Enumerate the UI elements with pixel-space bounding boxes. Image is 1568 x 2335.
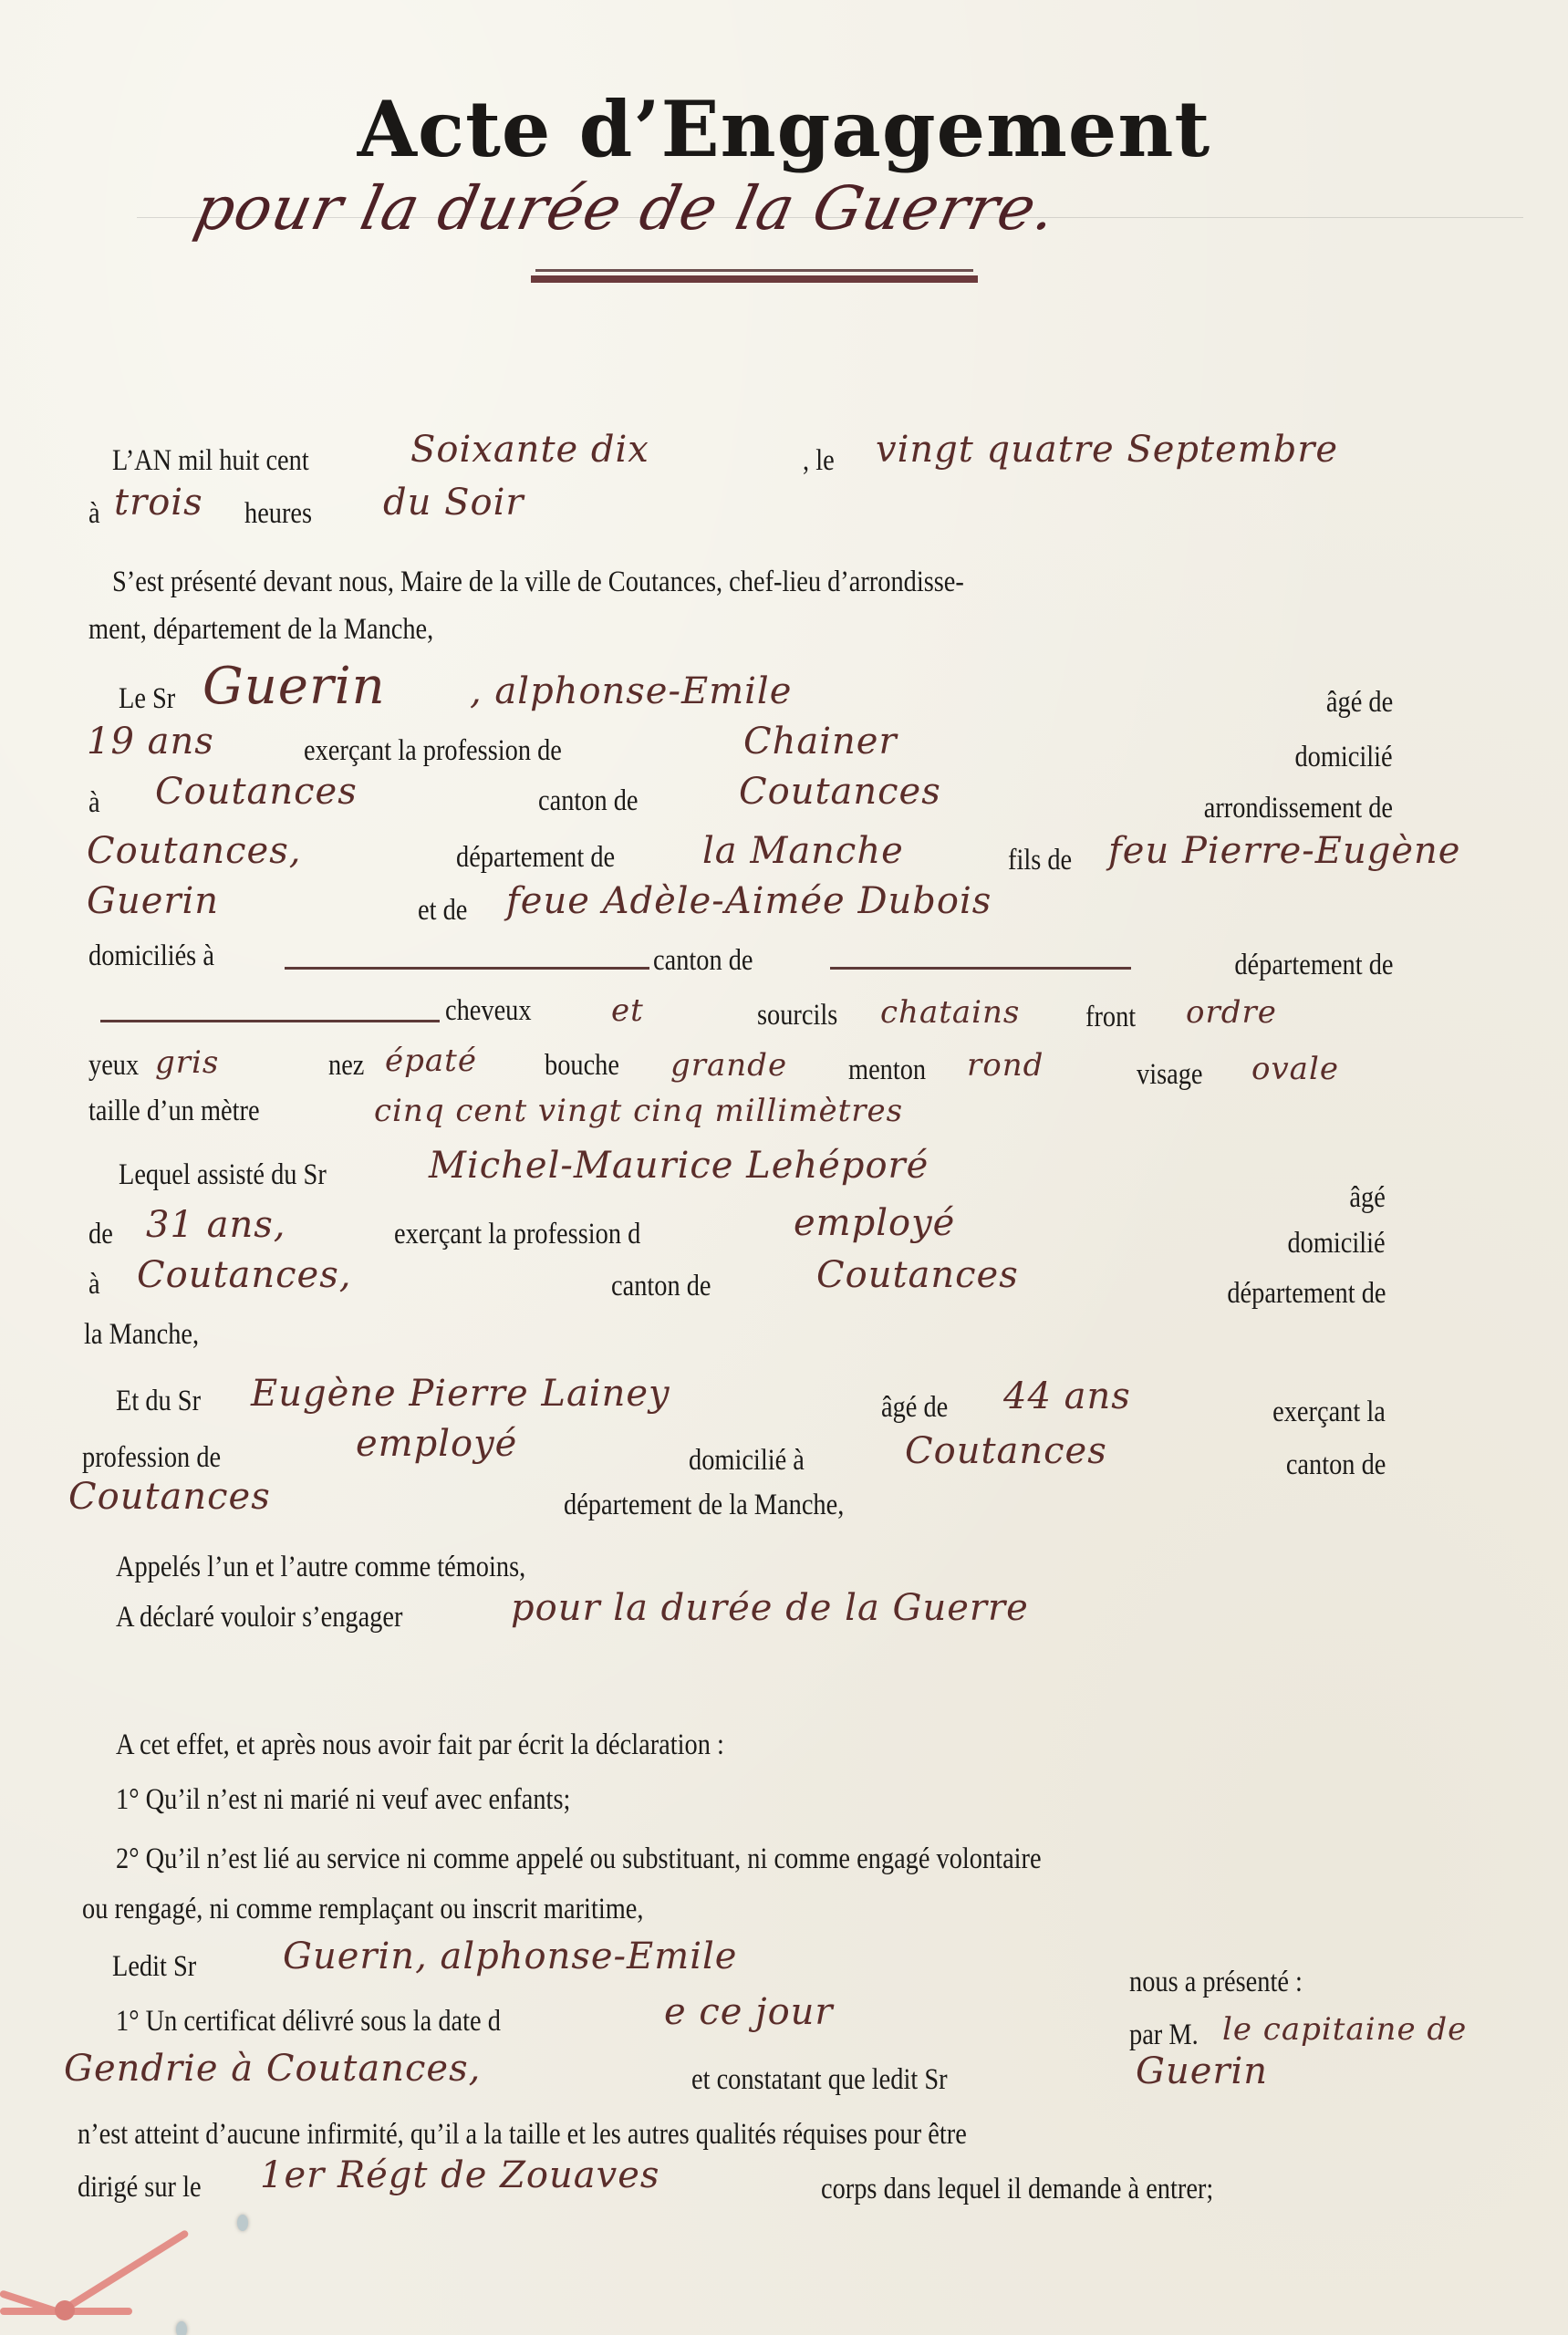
certificate-issuer-continued: Gendrie à Coutances, [64,2048,481,2090]
witness1-domicile: Coutances, [137,1254,351,1296]
parents-domicile-blank[interactable] [285,967,649,970]
visage-label: visage [1137,1058,1203,1092]
year-value: Soixante dix [410,429,649,471]
witness1-age-label: âgé [1350,1181,1386,1215]
witness2-canton: Coutances [68,1476,271,1518]
witness1-departement-label: département de [1227,1277,1386,1311]
arrondissement-label: arrondissement de [1204,792,1393,825]
witness2-departement: département de la Manche, [564,1489,844,1522]
nez-label: nez [328,1049,364,1083]
father-label: fils de [1008,844,1072,877]
certificate-issuer: le capitaine de [1222,2011,1467,2048]
dirige-label: dirigé sur le [78,2171,202,2205]
departement-label: département de [456,841,615,875]
certificate-date: e ce jour [664,1991,834,2033]
hour-prefix: à [88,497,100,531]
yeux-value: gris [155,1044,219,1081]
presented-line-2: ment, département de la Manche, [88,613,433,647]
declaration-item-2-line-1: 2° Qu’il n’est lié au service ni comme a… [116,1842,1042,1876]
engage-label: A déclaré vouloir s’engager [116,1601,402,1634]
enlistee-domicile: Coutances [155,771,358,813]
father-surname: Guerin [87,880,219,922]
witness2-profession-label: profession de [82,1441,221,1475]
document-title: Acte d’Engagement [0,84,1568,174]
date-value: vingt quatre Septembre [876,429,1338,471]
witness2-domicile: Coutances [905,1430,1107,1472]
ledit-label: Ledit Sr [112,1950,196,1984]
sourcils-value: chatains [880,994,1020,1031]
enlistee-canton: Coutances [739,771,941,813]
witness2-exercant-label: exerçant la [1272,1396,1386,1429]
enlistee-profession: Chainer [743,721,898,763]
handwritten-subtitle: pour la durée de la Guerre. [189,173,1063,244]
year-label: L’AN mil huit cent [112,444,309,478]
witness2-age-label: âgé de [881,1391,948,1425]
taille-value: cinq cent vingt cinq millimètres [374,1093,903,1129]
certificate-label: 1° Un certificat délivré sous la date d [116,2005,501,2039]
witness2-label: Et du Sr [116,1385,201,1418]
bouche-value: grande [670,1047,787,1084]
witness2-canton-label: canton de [1285,1448,1386,1482]
declaration-item-2-line-2: ou rengagé, ni comme remplaçant ou inscr… [82,1893,643,1926]
hour-value: trois [114,482,203,524]
hour-label: heures [244,497,312,531]
punch-hole-lower [176,2321,187,2335]
witness2-domicile-label: domicilié à [689,1444,805,1478]
witness1-name: Michel-Maurice Lehéporé [429,1145,929,1187]
punch-hole-upper [237,2215,248,2231]
witnesses-line: Appelés l’un et l’autre comme témoins, [116,1551,525,1584]
front-label: front [1085,1001,1136,1034]
enlistee-age: 19 ans [87,721,214,763]
domicile-label: domicilié [1295,741,1393,774]
witness1-de: de [88,1218,113,1251]
corps-label: corps dans lequel il demande à entrer; [821,2173,1213,2206]
yeux-label: yeux [88,1049,139,1083]
cheveux-label: cheveux [445,994,532,1028]
mother-label: et de [418,894,467,928]
witness1-label: Lequel assisté du Sr [119,1158,327,1192]
witness1-profession: employé [794,1202,955,1244]
witness1-departement: la Manche, [84,1318,199,1352]
enlistee-arrondissement: Coutances, [87,830,301,872]
front-value: ordre [1186,994,1277,1031]
domicile-prefix: à [88,786,100,820]
effect-line: A cet effet, et après nous avoir fait pa… [116,1728,724,1762]
regiment-value: 1er Régt de Zouaves [260,2154,659,2196]
witness2-age: 44 ans [1003,1375,1131,1417]
cheveux-value: et [611,992,644,1029]
title-underline-thick [531,275,978,283]
menton-label: menton [848,1053,926,1087]
title-underline-thin [535,269,973,272]
witness1-profession-label: exerçant la profession d [394,1218,640,1251]
father-name: feu Pierre-Eugène [1108,830,1460,872]
visage-value: ovale [1251,1051,1339,1087]
witness1-domicile-label: domicilié [1288,1227,1386,1261]
enlistee-label: Le Sr [119,682,175,716]
sourcils-label: sourcils [757,999,837,1033]
nez-value: épaté [385,1043,477,1079]
document-page: Acte d’Engagement pour la durée de la Gu… [0,0,1568,2335]
parents-canton-label: canton de [653,944,753,978]
presente-label: nous a présenté : [1129,1966,1303,1999]
parents-departement-blank[interactable] [100,1020,440,1022]
parents-domicile-label: domiciliés à [88,939,214,973]
engage-value: pour la durée de la Guerre [511,1587,1029,1629]
enlistee-departement: la Manche [702,830,904,872]
ledit-name: Guerin, alphonse-Emile [283,1935,737,1977]
binding-cord-upper [62,2229,190,2313]
enlistee-given-names: , alphonse-Emile [470,670,792,712]
witness1-canton-label: canton de [611,1270,711,1303]
binding-knot [55,2300,75,2320]
declaration-item-1: 1° Qu’il n’est ni marié ni veuf avec enf… [116,1783,570,1817]
presented-line-1: S’est présenté devant nous, Maire de la … [112,566,964,599]
profession-label: exerçant la profession de [304,734,562,768]
age-label: âgé de [1326,686,1393,720]
witness2-name: Eugène Pierre Lainey [251,1373,670,1415]
time-of-day-value: du Soir [383,482,524,524]
witness1-a: à [88,1268,100,1302]
parents-departement-label: département de [1234,949,1393,982]
bouche-label: bouche [545,1049,619,1083]
witness2-profession: employé [356,1423,517,1465]
canton-label: canton de [538,784,639,818]
taille-label: taille d’un mètre [88,1095,260,1128]
constatant-label: et constatant que ledit Sr [691,2063,948,2097]
witness1-canton: Coutances [816,1254,1019,1296]
parents-canton-blank[interactable] [830,967,1131,970]
par-m-label: par M. [1129,2018,1199,2052]
menton-value: rond [967,1047,1044,1084]
mother-name: feue Adèle-Aimée Dubois [506,880,992,922]
aptitude-line: n’est atteint d’aucune infirmité, qu’il … [78,2118,967,2152]
date-label: , le [803,444,835,478]
witness1-age: 31 ans, [146,1204,286,1246]
enlistee-surname: Guerin [202,657,386,716]
constatant-name: Guerin [1136,2050,1268,2092]
